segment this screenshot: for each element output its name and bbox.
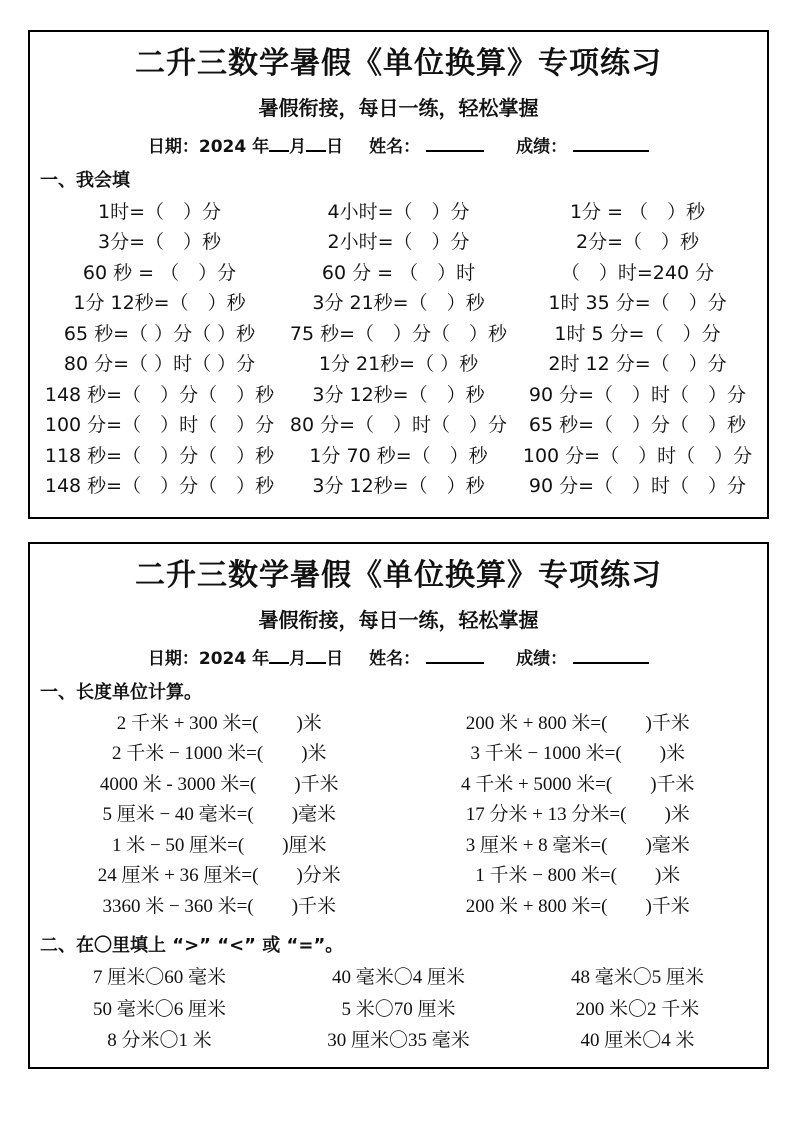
exercise-item: 1时 35 分=（ ）分 bbox=[518, 288, 757, 319]
page-subtitle: 暑假衔接，每日一练，轻松掌握 bbox=[30, 604, 767, 633]
exercise-item: 3 千米 − 1000 米=( )米 bbox=[399, 739, 758, 770]
month-label: 月 bbox=[289, 137, 306, 157]
exercise-item: 24 厘米 + 36 厘米=( )分米 bbox=[40, 861, 399, 892]
exercise-item: 60 秒 = （ ）分 bbox=[40, 258, 279, 289]
length-calculation-grid: 2 千米 + 300 米=( )米200 米 + 800 米=( )千米2 千米… bbox=[40, 709, 757, 923]
meta-line: 日期：2024 年月日姓名：成绩： bbox=[30, 132, 767, 157]
exercise-item: 2小时=（ ）分 bbox=[279, 227, 518, 258]
score-label: 成绩： bbox=[516, 649, 567, 669]
exercise-item: （ ）时=240 分 bbox=[518, 258, 757, 289]
exercise-item: 8 分米〇1 米 bbox=[40, 1025, 279, 1057]
exercise-item: 148 秒=（ ）分（ ）秒 bbox=[40, 380, 279, 411]
day-label: 日 bbox=[326, 649, 343, 669]
exercise-item: 3分 21秒=（ ）秒 bbox=[279, 288, 518, 319]
exercise-item: 200 米 + 800 米=( )千米 bbox=[399, 892, 758, 923]
exercise-item: 65 秒=（ ）分（ ）秒 bbox=[518, 410, 757, 441]
exercise-item: 3分 12秒=（ ）秒 bbox=[279, 380, 518, 411]
section-heading-fill-in: 一、我会填 bbox=[40, 166, 767, 192]
worksheet-page-1: 二升三数学暑假《单位换算》专项练习 暑假衔接，每日一练，轻松掌握 日期：2024… bbox=[28, 30, 769, 519]
exercise-item: 1 千米 − 800 米=( )米 bbox=[399, 861, 758, 892]
exercise-item: 200 米 + 800 米=( )千米 bbox=[399, 709, 758, 740]
exercise-item: 3分=（ ）秒 bbox=[40, 227, 279, 258]
date-day-blank bbox=[306, 648, 326, 664]
exercise-item: 2分=（ ）秒 bbox=[518, 227, 757, 258]
name-label: 姓名： bbox=[369, 649, 420, 669]
date-month-blank bbox=[269, 648, 289, 664]
exercise-item: 80 分=（ ）时（ ）分 bbox=[279, 410, 518, 441]
exercise-item: 3360 米 − 360 米=( )千米 bbox=[40, 892, 399, 923]
worksheet-page-2: 二升三数学暑假《单位换算》专项练习 暑假衔接，每日一练，轻松掌握 日期：2024… bbox=[28, 542, 769, 1069]
exercise-item: 30 厘米〇35 毫米 bbox=[279, 1025, 518, 1057]
exercise-item: 5 米〇70 厘米 bbox=[279, 994, 518, 1026]
exercise-item: 1 米 − 50 厘米=( )厘米 bbox=[40, 831, 399, 862]
score-blank bbox=[573, 136, 649, 152]
day-label: 日 bbox=[326, 137, 343, 157]
date-day-blank bbox=[306, 136, 326, 152]
exercise-item: 2 千米 − 1000 米=( )米 bbox=[40, 739, 399, 770]
exercise-item: 40 毫米〇4 厘米 bbox=[279, 962, 518, 994]
date-month-blank bbox=[269, 136, 289, 152]
exercise-item: 1分 70 秒=（ ）秒 bbox=[279, 441, 518, 472]
month-label: 月 bbox=[289, 649, 306, 669]
name-blank bbox=[426, 648, 484, 664]
exercise-item: 1分 = （ ）秒 bbox=[518, 197, 757, 228]
exercise-item: 4小时=（ ）分 bbox=[279, 197, 518, 228]
exercise-item: 3分 12秒=（ ）秒 bbox=[279, 471, 518, 502]
page-title: 二升三数学暑假《单位换算》专项练习 bbox=[30, 47, 767, 82]
name-blank bbox=[426, 136, 484, 152]
section-heading-compare: 二、在〇里填上 “>” “<” 或 “=”。 bbox=[40, 931, 767, 957]
exercise-item: 48 毫米〇5 厘米 bbox=[518, 962, 757, 994]
exercise-item: 90 分=（ ）时（ ）分 bbox=[518, 380, 757, 411]
exercise-item: 65 秒=（ ）分（ ）秒 bbox=[40, 319, 279, 350]
exercise-item: 100 分=（ ）时（ ）分 bbox=[518, 441, 757, 472]
exercise-item: 200 米〇2 千米 bbox=[518, 994, 757, 1026]
exercise-item: 75 秒=（ ）分（ ）秒 bbox=[279, 319, 518, 350]
exercise-item: 118 秒=（ ）分（ ）秒 bbox=[40, 441, 279, 472]
time-conversion-grid: 1时=（ ）分4小时=（ ）分1分 = （ ）秒3分=（ ）秒2小时=（ ）分2… bbox=[40, 197, 757, 502]
exercise-item: 50 毫米〇6 厘米 bbox=[40, 994, 279, 1026]
exercise-item: 2时 12 分=（ ）分 bbox=[518, 349, 757, 380]
score-label: 成绩： bbox=[516, 137, 567, 157]
exercise-item: 1分 12秒=（ ）秒 bbox=[40, 288, 279, 319]
date-label: 日期：2024 年 bbox=[148, 137, 269, 157]
exercise-item: 4 千米 + 5000 米=( )千米 bbox=[399, 770, 758, 801]
name-label: 姓名： bbox=[369, 137, 420, 157]
exercise-item: 40 厘米〇4 米 bbox=[518, 1025, 757, 1057]
score-blank bbox=[573, 648, 649, 664]
exercise-item: 2 千米 + 300 米=( )米 bbox=[40, 709, 399, 740]
exercise-item: 7 厘米〇60 毫米 bbox=[40, 962, 279, 994]
exercise-item: 4000 米 - 3000 米=( )千米 bbox=[40, 770, 399, 801]
exercise-item: 3 厘米 + 8 毫米=( )毫米 bbox=[399, 831, 758, 862]
page-title: 二升三数学暑假《单位换算》专项练习 bbox=[30, 559, 767, 594]
page-subtitle: 暑假衔接，每日一练，轻松掌握 bbox=[30, 92, 767, 121]
date-label: 日期：2024 年 bbox=[148, 649, 269, 669]
exercise-item: 17 分米 + 13 分米=( )米 bbox=[399, 800, 758, 831]
comparison-grid: 7 厘米〇60 毫米40 毫米〇4 厘米48 毫米〇5 厘米50 毫米〇6 厘米… bbox=[40, 962, 757, 1057]
exercise-item: 1分 21秒=（ ）秒 bbox=[279, 349, 518, 380]
exercise-item: 148 秒=（ ）分（ ）秒 bbox=[40, 471, 279, 502]
exercise-item: 1时=（ ）分 bbox=[40, 197, 279, 228]
exercise-item: 5 厘米 − 40 毫米=( )毫米 bbox=[40, 800, 399, 831]
exercise-item: 60 分 = （ ）时 bbox=[279, 258, 518, 289]
exercise-item: 90 分=（ ）时（ ）分 bbox=[518, 471, 757, 502]
section-heading-length-calc: 一、长度单位计算。 bbox=[40, 678, 767, 704]
exercise-item: 1时 5 分=（ ）分 bbox=[518, 319, 757, 350]
exercise-item: 80 分=（ ）时（ ）分 bbox=[40, 349, 279, 380]
meta-line: 日期：2024 年月日姓名：成绩： bbox=[30, 644, 767, 669]
exercise-item: 100 分=（ ）时（ ）分 bbox=[40, 410, 279, 441]
